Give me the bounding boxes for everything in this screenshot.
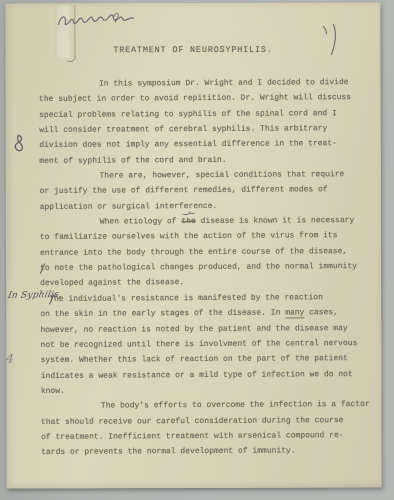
typed-text: cases, bbox=[304, 308, 338, 317]
typed-line: to familiarize ourselves with the action… bbox=[40, 228, 370, 245]
typed-text: ment of syphilis of the cord and brain. bbox=[39, 156, 226, 166]
typed-text: to bbox=[40, 264, 50, 273]
document-title: TREATMENT OF NEUROSYPHILIS. bbox=[5, 45, 380, 56]
typed-text: that should receive our careful consider… bbox=[41, 416, 344, 427]
typed-text: system. Whether this lack of reaction on… bbox=[41, 354, 348, 365]
typed-line: division does not imply any essential di… bbox=[39, 136, 369, 153]
typed-text: many bbox=[285, 309, 304, 319]
typed-lines: In this symposium Dr. Wright and I decid… bbox=[39, 75, 371, 461]
typed-text: division does not imply any essential di… bbox=[39, 140, 337, 151]
typed-line: to note the pathological changes produce… bbox=[40, 259, 370, 276]
typed-text: tards or prevents the normal development… bbox=[41, 447, 296, 458]
typed-text: note the pathological changes produced, … bbox=[50, 262, 357, 273]
typed-text: the bbox=[181, 217, 195, 226]
typed-line: system. Whether this lack of reaction on… bbox=[41, 351, 371, 368]
typed-text: know. bbox=[41, 387, 65, 396]
typed-text: There are, however, special conditions t… bbox=[99, 170, 344, 180]
typed-line: or justify the use of different remedies… bbox=[40, 182, 370, 199]
typed-text: or justify the use of different remedies… bbox=[40, 186, 328, 197]
typed-line: however, no reaction is noted by the pat… bbox=[40, 320, 370, 337]
typed-line: the subject in order to avoid repitition… bbox=[39, 90, 369, 107]
manuscript-page: 4 TREATMENT OF NEUROSYPHILIS. In this sy… bbox=[5, 3, 381, 489]
typed-text: When etiology of bbox=[100, 217, 182, 226]
ink-loop-mark-icon bbox=[11, 133, 25, 158]
typed-text: of treatment. Inefficient treatment with… bbox=[41, 431, 344, 442]
typed-text: In this symposium Dr. Wright and I decid… bbox=[99, 78, 349, 89]
typed-text: will consider treatment of cerebral syph… bbox=[39, 124, 327, 135]
typed-text: special problems relating to syphilis of… bbox=[39, 109, 337, 120]
typed-text: however, no reaction is noted by the pat… bbox=[40, 324, 347, 335]
typed-line: on the skin in the early stages of the d… bbox=[40, 305, 370, 322]
typed-text: to familiarize ourselves with the action… bbox=[40, 232, 338, 243]
typed-text: indicates a weak resistance or a mild ty… bbox=[41, 370, 353, 381]
typed-text: developed against the disease. bbox=[40, 279, 184, 289]
typed-line: The body's efforts to overcome the infec… bbox=[41, 397, 371, 414]
typed-line: of treatment. Inefficient treatment with… bbox=[41, 428, 371, 445]
typed-text: not be recognized until there is involvm… bbox=[41, 339, 358, 350]
typed-text: disease is known it is necessary bbox=[196, 216, 354, 226]
handwritten-margin-note: In Syphilis, bbox=[7, 290, 63, 301]
typed-text: individual's resistance is manifested by… bbox=[64, 293, 323, 304]
typed-text: The body's efforts to overcome the infec… bbox=[101, 400, 370, 411]
pencil-tick-icon bbox=[319, 23, 341, 62]
typed-text: on the skin in the early stages of the d… bbox=[40, 309, 285, 319]
pencil-numeral-mark: 4 bbox=[6, 351, 15, 365]
typed-line: tards or prevents the normal development… bbox=[41, 443, 371, 460]
handwritten-scribble-icon bbox=[55, 9, 139, 36]
typed-line: indicates a weak resistance or a mild ty… bbox=[41, 366, 371, 383]
typed-text: entrance into the body through the entir… bbox=[40, 247, 347, 258]
typed-text: the subject in order to avoid repitition… bbox=[39, 93, 351, 104]
